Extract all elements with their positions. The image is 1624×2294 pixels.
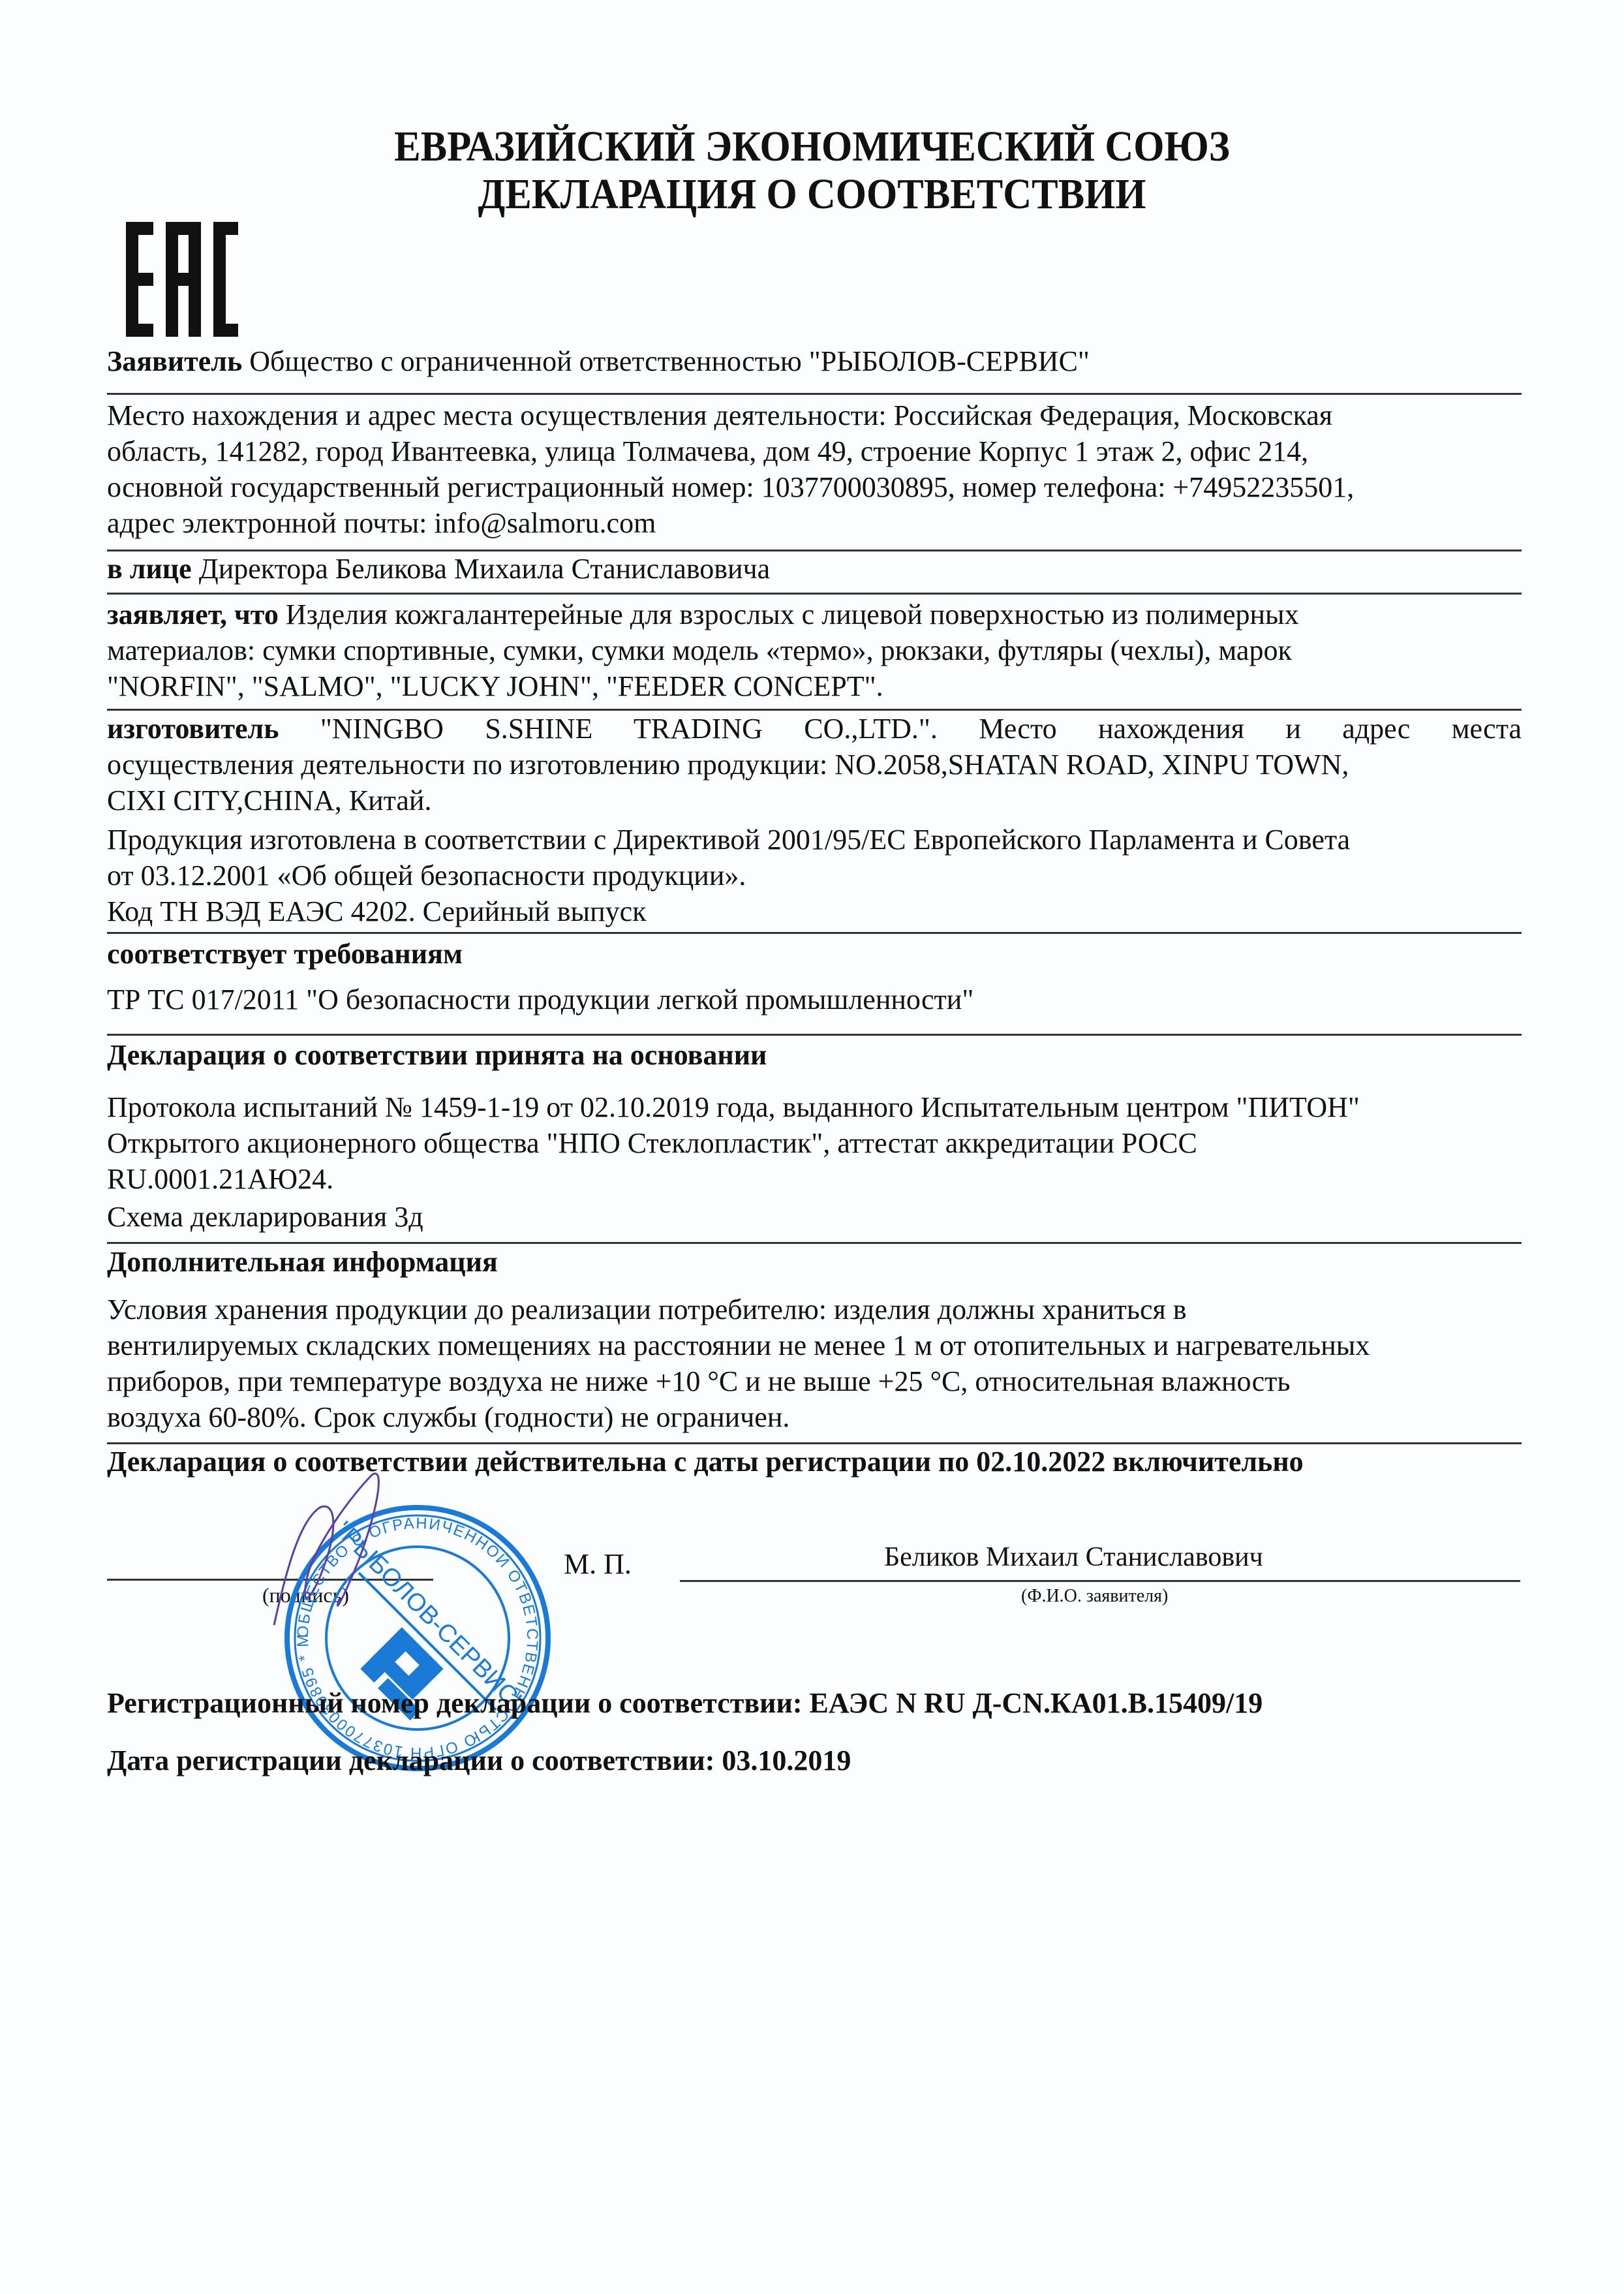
hs-code-line: Код ТН ВЭД ЕАЭС 4202. Серийный выпуск bbox=[107, 897, 647, 926]
additional-line-1: Условия хранения продукции до реализации… bbox=[107, 1295, 1187, 1324]
manufacturer-line-2: осуществления деятельности по изготовлен… bbox=[107, 751, 1349, 779]
signer-name-line bbox=[680, 1580, 1520, 1582]
represented-line: в лице Директора Беликова Михаила Станис… bbox=[107, 555, 770, 583]
registration-number: Регистрационный номер декларации о соотв… bbox=[107, 1689, 1263, 1718]
address-line-3: основной государственный регистрационный… bbox=[107, 473, 1354, 502]
divider bbox=[107, 709, 1522, 711]
requirements-text: ТР ТС 017/2011 "О безопасности продукции… bbox=[107, 985, 973, 1014]
additional-line-3: приборов, при температуре воздуха не ниж… bbox=[107, 1367, 1290, 1396]
eac-logo-icon bbox=[126, 222, 238, 337]
signer-name: Беликов Михаил Станиславович bbox=[884, 1543, 1263, 1571]
applicant-name: Общество с ограниченной ответственностью… bbox=[242, 345, 1090, 377]
document-title: ДЕКЛАРАЦИЯ О СООТВЕТСТВИИ bbox=[65, 173, 1559, 216]
seal-label: М. П. bbox=[564, 1550, 632, 1579]
declares-line-2: материалов: сумки спортивные, сумки, сум… bbox=[107, 636, 1292, 665]
requirements-label: соответствует требованиям bbox=[107, 940, 463, 969]
manufacturer-name: "NINGBO S.SHINE TRADING CO.,LTD.". Место… bbox=[320, 713, 1522, 745]
additional-line-4: воздуха 60-80%. Срок службы (годности) н… bbox=[107, 1403, 789, 1432]
declaration-page: ЕВРАЗИЙСКИЙ ЭКОНОМИЧЕСКИЙ СОЮЗ ДЕКЛАРАЦИ… bbox=[0, 0, 1624, 2294]
divider bbox=[107, 1242, 1522, 1244]
divider bbox=[107, 1034, 1522, 1036]
divider bbox=[107, 550, 1522, 551]
declares-text: Изделия кожгалантерейные для взрослых с … bbox=[279, 598, 1299, 630]
manufacturer-label: изготовитель bbox=[107, 713, 279, 745]
registration-date: Дата регистрации декларации о соответств… bbox=[107, 1746, 851, 1775]
declares-line-3: "NORFIN", "SALMO", "LUCKY JOHN", "FEEDER… bbox=[107, 672, 883, 701]
basis-label: Декларация о соответствии принята на осн… bbox=[107, 1041, 767, 1070]
scheme-line: Схема декларирования 3д bbox=[107, 1203, 423, 1232]
directive-line-2: от 03.12.2001 «Об общей безопасности про… bbox=[107, 861, 746, 890]
basis-line-2: Открытого акционерного общества "НПО Сте… bbox=[107, 1129, 1197, 1158]
directive-line-1: Продукция изготовлена в соответствии с Д… bbox=[107, 826, 1350, 854]
address-line-2: область, 141282, город Ивантеевка, улица… bbox=[107, 437, 1308, 466]
additional-label: Дополнительная информация bbox=[107, 1248, 498, 1277]
applicant-line: Заявитель Общество с ограниченной ответс… bbox=[107, 347, 1090, 376]
declares-label: заявляет, что bbox=[107, 598, 279, 630]
address-line-4: адрес электронной почты: info@salmoru.co… bbox=[107, 509, 656, 538]
applicant-label: Заявитель bbox=[107, 345, 242, 377]
basis-line-1: Протокола испытаний № 1459-1-19 от 02.10… bbox=[107, 1093, 1360, 1122]
divider bbox=[107, 1442, 1522, 1444]
additional-line-2: вентилируемых складских помещениях на ра… bbox=[107, 1331, 1370, 1360]
signer-caption: (Ф.И.О. заявителя) bbox=[1021, 1587, 1168, 1605]
represented-by: Директора Беликова Михаила Станиславович… bbox=[192, 553, 771, 585]
basis-line-3: RU.0001.21АЮ24. bbox=[107, 1165, 333, 1194]
divider bbox=[107, 932, 1522, 934]
manufacturer-line-3: CIXI CITY,CHINA, Китай. bbox=[107, 786, 431, 815]
manufacturer-line-1: изготовитель "NINGBO S.SHINE TRADING CO.… bbox=[107, 715, 1522, 743]
union-title: ЕВРАЗИЙСКИЙ ЭКОНОМИЧЕСКИЙ СОЮЗ bbox=[65, 125, 1559, 168]
represented-label: в лице bbox=[107, 553, 192, 585]
divider bbox=[107, 393, 1522, 395]
address-line-1: Место нахождения и адрес места осуществл… bbox=[107, 401, 1332, 430]
divider bbox=[107, 593, 1522, 595]
handwritten-signature-icon bbox=[261, 1468, 457, 1632]
declares-line-1: заявляет, что Изделия кожгалантерейные д… bbox=[107, 600, 1299, 629]
